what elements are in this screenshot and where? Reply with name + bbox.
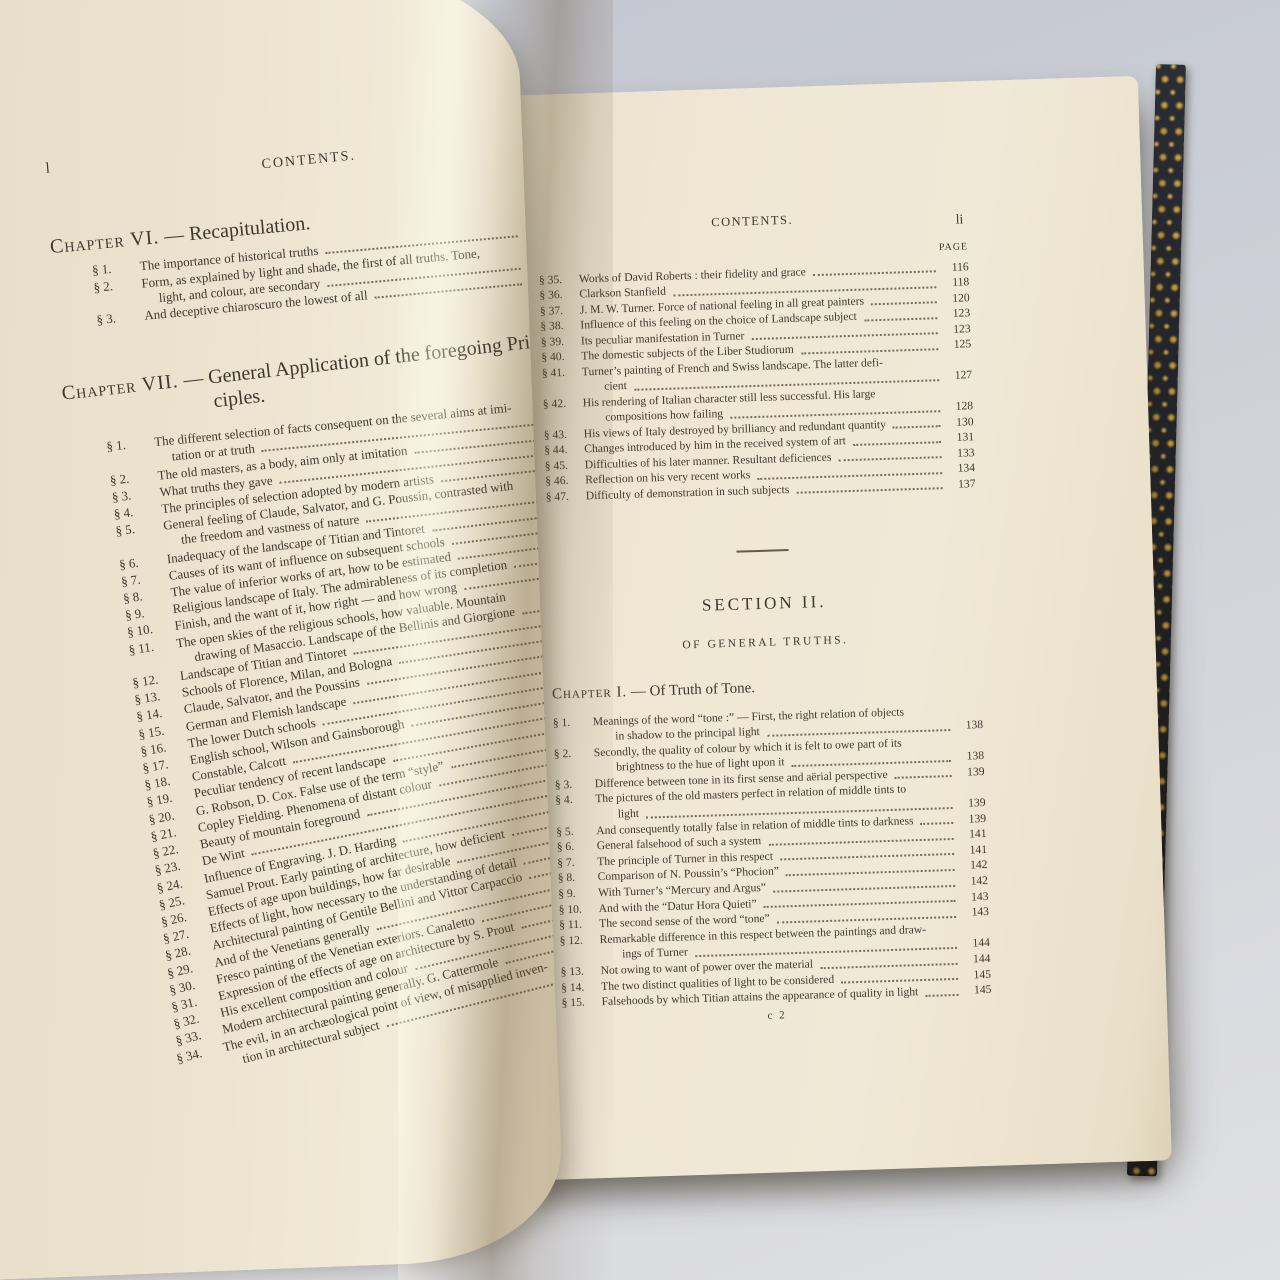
folio-number: li bbox=[955, 211, 963, 227]
dot-leader bbox=[925, 994, 958, 997]
section-mark: § 8. bbox=[557, 870, 597, 887]
page-number: 130 bbox=[943, 414, 973, 430]
page-number: 127 bbox=[942, 367, 972, 383]
chapter-label: Chapter VI. bbox=[49, 226, 160, 258]
left-page-content: l CONTENTS. Chapter VI. — Recapitulation… bbox=[43, 119, 566, 1053]
dot-leader bbox=[921, 822, 954, 825]
page-number: 138 bbox=[953, 717, 983, 734]
section-mark: § 47. bbox=[545, 488, 585, 505]
dot-leader bbox=[375, 283, 522, 299]
page-number: 139 bbox=[956, 811, 986, 828]
page-number: 142 bbox=[958, 873, 988, 890]
page-number: 144 bbox=[960, 935, 990, 952]
toc-list-section: § 1.Meanings of the word “tone :” — Firs… bbox=[553, 702, 992, 1012]
entry-text: light bbox=[617, 806, 639, 822]
dot-leader bbox=[796, 487, 942, 494]
page-number: 137 bbox=[945, 476, 975, 492]
page-number: 125 bbox=[941, 336, 971, 352]
section-mark: § 45. bbox=[545, 457, 585, 474]
chapter-dash: — bbox=[163, 224, 185, 248]
dot-leader bbox=[853, 441, 941, 446]
page-number: 145 bbox=[961, 982, 991, 999]
section-title: SECTION II. bbox=[549, 589, 979, 618]
right-page: CONTENTS. li PAGE § 35.Works of David Ro… bbox=[473, 76, 1172, 1181]
right-header-row: CONTENTS. li bbox=[537, 207, 967, 238]
section-divider bbox=[737, 549, 789, 553]
section-mark: § 42. bbox=[543, 395, 583, 412]
page-number: 138 bbox=[954, 748, 984, 765]
page-number: 143 bbox=[959, 904, 989, 921]
page-number: 141 bbox=[956, 826, 986, 843]
page-number: 134 bbox=[945, 460, 975, 476]
section-mark: § 37. bbox=[540, 302, 580, 319]
section-mark: § 38. bbox=[540, 317, 580, 334]
section-mark: § 15. bbox=[561, 994, 601, 1011]
section-mark: § 35. bbox=[539, 271, 579, 288]
page-number: 143 bbox=[958, 889, 988, 906]
section-mark: § 1. bbox=[553, 714, 593, 731]
page-number: 118 bbox=[939, 274, 969, 290]
section-mark: § 3. bbox=[96, 308, 145, 329]
page-number: 142 bbox=[957, 857, 987, 874]
dot-leader bbox=[893, 425, 941, 428]
page-number: 128 bbox=[943, 398, 973, 414]
page-number: 139 bbox=[954, 764, 984, 781]
running-head: CONTENTS. bbox=[537, 207, 967, 236]
section-mark: § 14. bbox=[561, 979, 601, 996]
section-mark: § 36. bbox=[539, 286, 579, 303]
section-mark: § 4. bbox=[555, 792, 595, 809]
toc-list-chapter-7: § 1.The different selection of facts con… bbox=[106, 401, 566, 1050]
left-page: l CONTENTS. Chapter VI. — Recapitulation… bbox=[0, 0, 565, 1280]
dot-leader bbox=[895, 775, 952, 779]
section-subtitle: OF GENERAL TRUTHS. bbox=[550, 629, 980, 658]
page-number: 116 bbox=[938, 259, 968, 275]
section-mark: § 40. bbox=[541, 348, 581, 365]
section-mark: § 3. bbox=[555, 776, 595, 793]
section-mark: § 11. bbox=[559, 916, 599, 933]
section-mark: § 46. bbox=[545, 472, 585, 489]
section-mark: § 7. bbox=[557, 854, 597, 871]
page-number: 144 bbox=[960, 951, 990, 968]
section-mark: § 12. bbox=[559, 932, 599, 949]
right-page-content: CONTENTS. li PAGE § 35.Works of David Ro… bbox=[537, 207, 992, 1030]
section-mark: § 10. bbox=[558, 901, 598, 918]
section-mark: § 13. bbox=[560, 963, 600, 980]
chapter-title: Recapitulation. bbox=[188, 212, 311, 245]
chapter-dash: — bbox=[631, 684, 646, 700]
section-mark: § 5. bbox=[556, 823, 596, 840]
section-mark: § 39. bbox=[541, 333, 581, 350]
chapter-heading: Chapter I. — Of Truth of Tone. bbox=[552, 674, 982, 703]
chapter-label: Chapter I. bbox=[552, 684, 628, 702]
dot-leader bbox=[838, 456, 941, 461]
chapter-dash: — bbox=[182, 368, 204, 392]
page-number: 120 bbox=[939, 290, 969, 306]
entry-text: cient bbox=[604, 378, 627, 394]
page-number: 133 bbox=[944, 445, 974, 461]
page-number: 123 bbox=[940, 305, 970, 321]
open-book-photo: CONTENTS. li PAGE § 35.Works of David Ro… bbox=[0, 0, 1280, 1280]
section-mark: § 9. bbox=[558, 885, 598, 902]
page-number: 145 bbox=[961, 966, 991, 983]
section-mark: § 41. bbox=[542, 364, 582, 381]
running-head: CONTENTS. bbox=[44, 133, 513, 194]
page-number: 123 bbox=[940, 321, 970, 337]
page-number: 141 bbox=[957, 842, 987, 859]
page-number: 139 bbox=[955, 795, 985, 812]
toc-list-front: § 35.Works of David Roberts : their fide… bbox=[539, 259, 976, 505]
folio-number: l bbox=[45, 161, 50, 177]
section-mark: § 44. bbox=[544, 441, 584, 458]
dot-leader bbox=[871, 301, 937, 305]
section-mark: § 2. bbox=[554, 745, 594, 762]
dot-leader bbox=[864, 317, 937, 321]
page-number: 131 bbox=[944, 429, 974, 445]
chapter-title: Of Truth of Tone. bbox=[649, 680, 755, 699]
section-mark: § 6. bbox=[557, 838, 597, 855]
section-mark: § 43. bbox=[544, 426, 584, 443]
